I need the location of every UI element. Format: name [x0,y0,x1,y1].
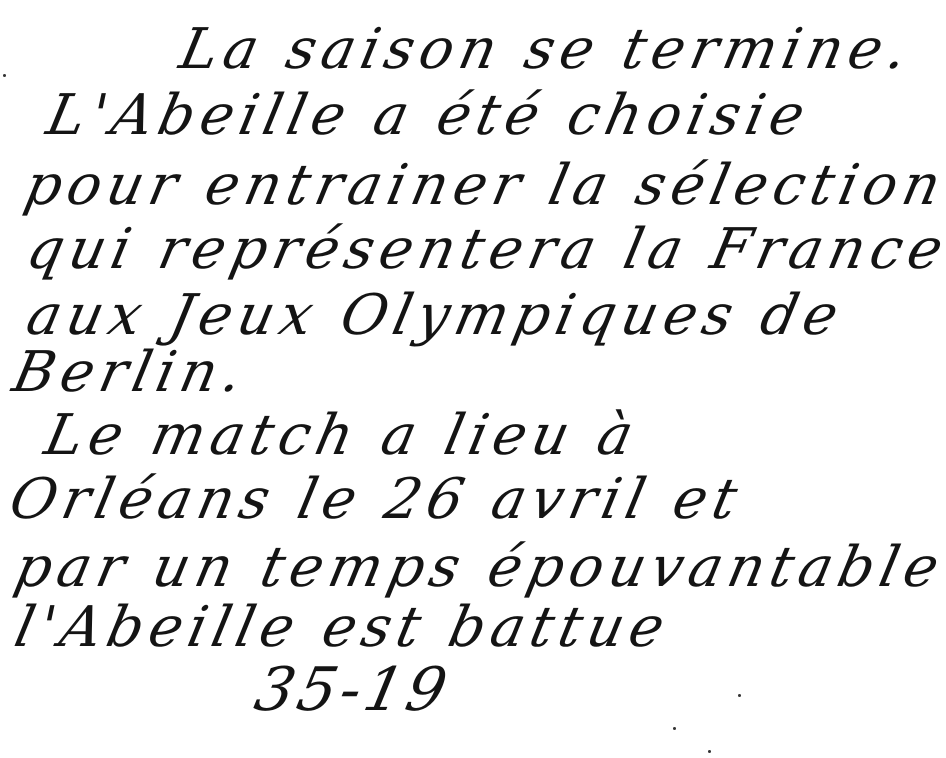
ink-speck [673,727,676,730]
text-line-6: Berlin. [8,345,253,401]
text-line-7: Le match a lieu à [40,408,644,464]
text-line-4: qui représentera la France [22,222,946,278]
text-line-5: aux Jeux Olympiques de [22,288,849,344]
ink-speck [738,694,741,697]
text-line-9: par un temps épouvantable [10,540,946,596]
handwritten-page: La saison se termine. L'Abeille a été ch… [0,0,946,758]
score: 35-19 [250,660,456,720]
text-line-1: La saison se termine. [175,22,918,78]
text-line-3: pour entrainer la sélection [20,158,946,214]
ink-speck [708,750,711,753]
text-line-8: Orléans le 26 avril et [5,472,748,528]
text-line-10: l'Abeille est battue [10,600,675,656]
ink-speck [3,74,6,77]
text-line-2: L'Abeille a été choisie [42,88,815,144]
